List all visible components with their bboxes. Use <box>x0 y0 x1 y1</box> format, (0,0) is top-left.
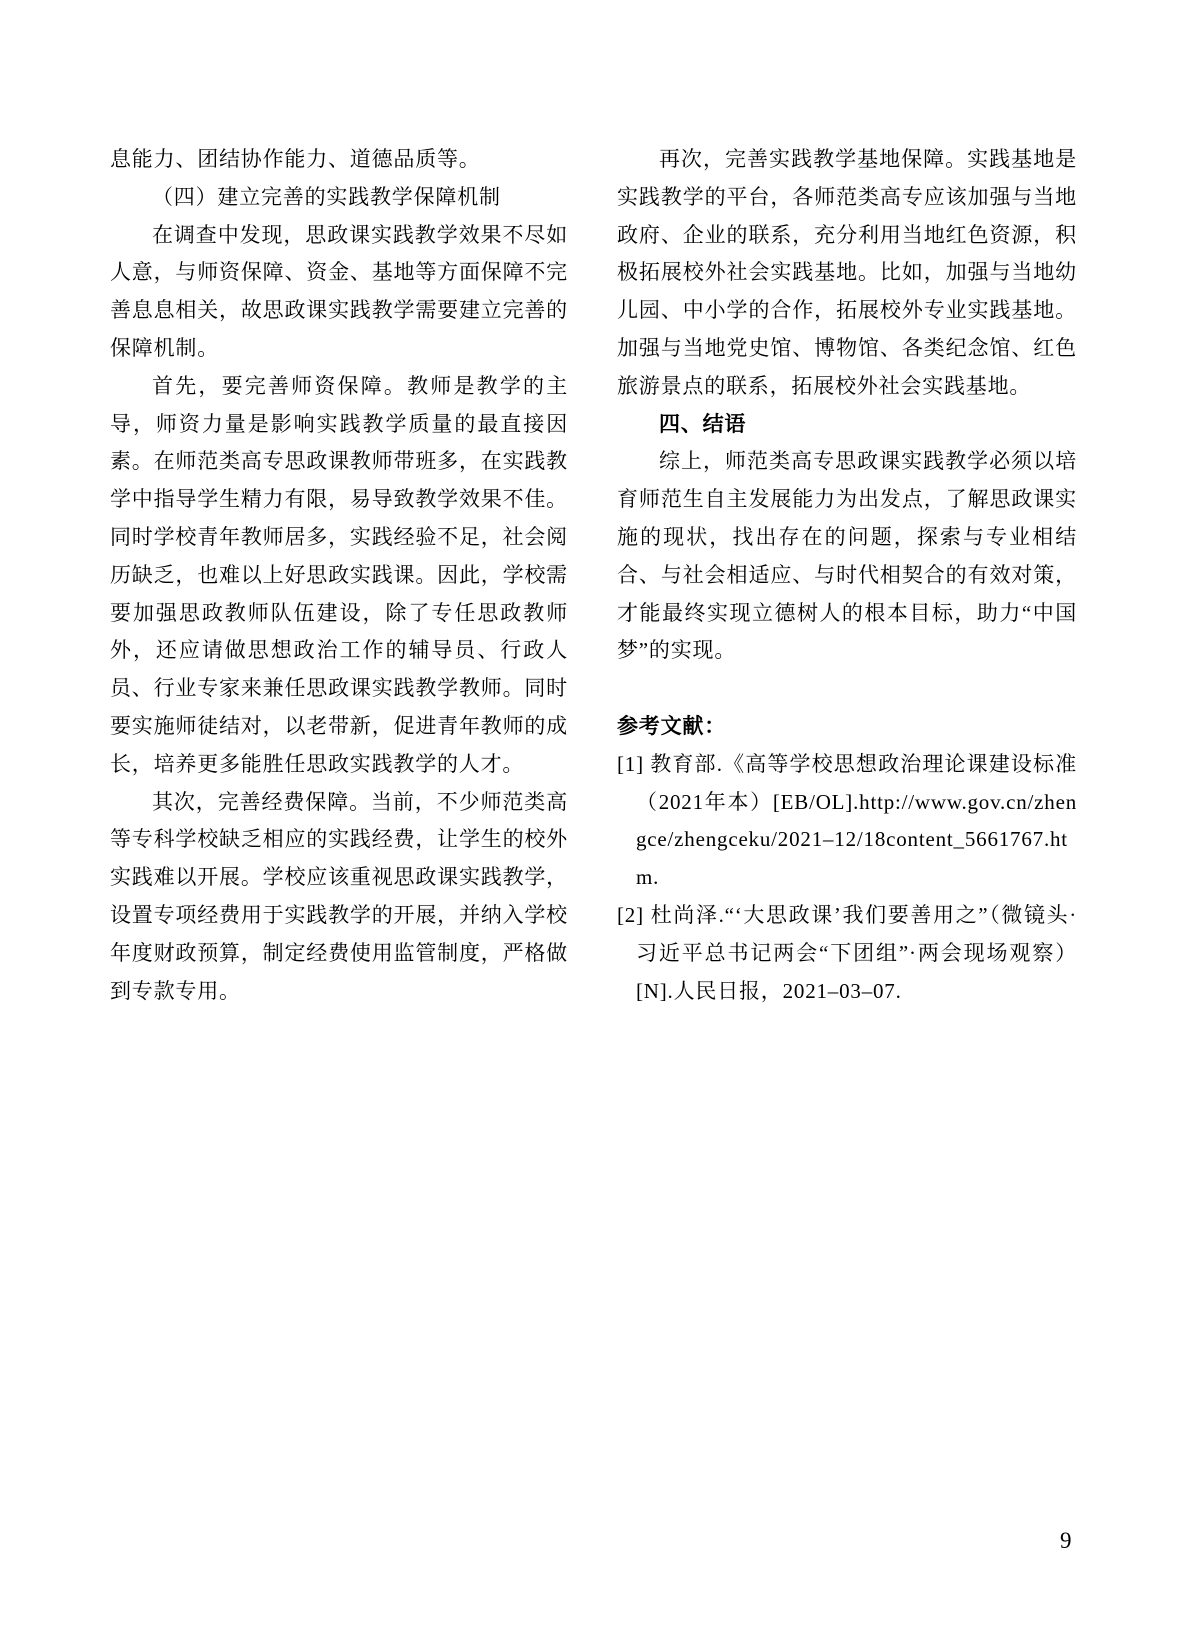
reference-item: [1] 教育部.《高等学校思想政治理论课建设标准（2021年本）[EB/OL].… <box>617 746 1077 897</box>
page-number: 9 <box>1060 1528 1072 1554</box>
body-paragraph: 其次，完善经费保障。当前，不少师范类高等专科学校缺乏相应的实践经费，让学生的校外… <box>110 784 568 1011</box>
document-page: 息能力、团结协作能力、道德品质等。 （四）建立完善的实践教学保障机制 在调查中发… <box>0 0 1191 1650</box>
reference-item: [2] 杜尚泽.“‘大思政课’我们要善用之”（微镜头·习近平总书记两会“下团组”… <box>617 897 1077 1010</box>
right-column: 再次，完善实践教学基地保障。实践基地是实践教学的平台，各师范类高专应该加强与当地… <box>617 141 1077 1010</box>
body-paragraph: 在调查中发现，思政课实践教学效果不尽如人意，与师资保障、资金、基地等方面保障不完… <box>110 217 568 368</box>
body-paragraph: 首先，要完善师资保障。教师是教学的主导，师资力量是影响实践教学质量的最直接因素。… <box>110 368 568 784</box>
continuation-paragraph: 息能力、团结协作能力、道德品质等。 <box>110 141 568 179</box>
body-paragraph: 再次，完善实践教学基地保障。实践基地是实践教学的平台，各师范类高专应该加强与当地… <box>617 141 1077 406</box>
left-column: 息能力、团结协作能力、道德品质等。 （四）建立完善的实践教学保障机制 在调查中发… <box>110 141 568 1010</box>
section-subheading: （四）建立完善的实践教学保障机制 <box>110 179 568 217</box>
references-heading: 参考文献： <box>617 708 1077 746</box>
conclusion-heading: 四、结语 <box>617 406 1077 444</box>
conclusion-paragraph: 综上，师范类高专思政课实践教学必须以培育师范生自主发展能力为出发点，了解思政课实… <box>617 443 1077 670</box>
